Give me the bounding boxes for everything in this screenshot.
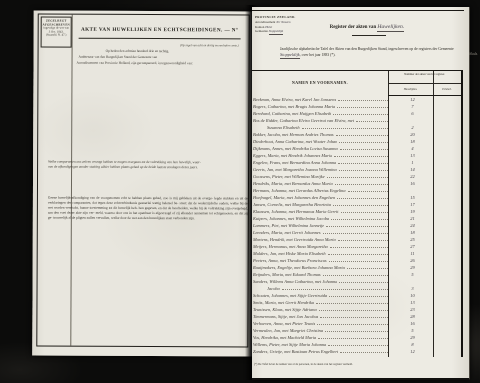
scanned-document: ZEGELREGT AFGESCHREVEN ingevolge de wet …	[0, 0, 480, 383]
dotted-leader	[326, 226, 388, 227]
right-page: PROVINCIE ZEELAND. Arrondissement Ter Ne…	[252, 7, 470, 380]
dotted-leader	[317, 324, 388, 325]
top-rule	[252, 10, 464, 11]
table-row: Willems, Pieter, met Sijtje Maria Johann…	[252, 341, 461, 348]
dotted-leader	[338, 163, 388, 164]
table-row: Eggers, Maria, met Hendrik Johannes Mari…	[252, 152, 461, 159]
row-number-marriages: 12	[390, 349, 435, 355]
table-row: Bernhard, Catharina, met Huijgen Elisabe…	[252, 110, 461, 117]
dotted-leader	[356, 121, 388, 122]
table-row: Lammers, Piet, met Wilhelmina Jannetje24	[252, 222, 461, 229]
table-row: Dijkmans, Annes, met Hendrika Lovisa Sus…	[252, 145, 461, 152]
table-row: Bos de Ridder, Catharina Elvira Geertrui…	[252, 117, 461, 124]
margin-rule	[70, 15, 72, 346]
table-rows: Beekman, Anna Elvira, met Karel Jan Jans…	[252, 96, 461, 355]
dotted-leader	[341, 212, 389, 213]
dotted-leader	[340, 352, 388, 353]
dotted-leader	[327, 177, 388, 178]
dotted-leader	[325, 331, 388, 332]
dotted-leader	[334, 156, 388, 157]
table-row: Engelen, Frans, met Bernardina Anna Joha…	[252, 159, 461, 166]
printed-paragraph: Geene huwelijksafkondiging van de voorge…	[48, 196, 248, 222]
register-title-rule	[352, 35, 386, 36]
dotted-leader	[330, 247, 388, 248]
row-name: Zanders, Grietje, met Bastiaan Petrus En…	[252, 349, 338, 355]
register-title-handwritten: Huwelijken.	[377, 24, 404, 32]
paragraph-line: trouwelijk al de pligten zullen vervulle…	[53, 216, 195, 221]
kanton-value: Hulst	[265, 25, 272, 29]
table-row: Verhoeven, Anna, met Pieter Teunis16	[252, 320, 461, 327]
table-row: Bogers, Catharina, met Brugts Johanna Ma…	[252, 103, 461, 110]
col-b-header: Echtsch.	[433, 84, 461, 96]
table-row: Hermans, Johanna, met Gerardus Albertus …	[252, 187, 461, 194]
intro-paragraph: Jaarlijksche alphabetische Tafel der Akt…	[280, 47, 458, 59]
page-edge-label: blads.	[469, 52, 478, 56]
table-row: Raaijmakers, Engeltje, met Barbara Johan…	[252, 264, 461, 271]
left-page: ZEGELREGT AFGESCHREVEN ingevolge de wet …	[32, 11, 255, 357]
dotted-leader	[336, 135, 388, 136]
table-row: Kuipers, Johannes, met Wilhelmina Jacoba…	[252, 215, 461, 222]
kanton-label: Kanton	[255, 25, 264, 29]
intro-gemeente-value: Stoppeldijk	[280, 52, 300, 59]
table-row: Schouten, Johannes, met Sijtje Geertruid…	[252, 292, 461, 299]
dotted-leader	[335, 184, 388, 185]
dotted-leader	[333, 205, 388, 206]
dotted-leader	[338, 240, 388, 241]
gemeente-line: Gemeente Stoppeldijk	[255, 29, 296, 34]
dotted-leader	[329, 261, 388, 262]
dotted-leader	[337, 198, 388, 199]
clause-text: Welke comparanten ons zelven verzogt heb…	[48, 160, 246, 170]
form-line: Arrondissement van Provincie Holland, zi…	[77, 61, 193, 66]
stamp-duty-note: (Op zegel van acht en dertig en een halv…	[180, 43, 239, 47]
dotted-leader	[320, 317, 388, 318]
table-row: Jansen, Cornelis, met Margaretha Henriet…	[252, 201, 461, 208]
register-title-printed: Register der akten van	[330, 25, 376, 30]
table-row: Jacoba3	[252, 285, 461, 292]
paragraph-line: Geene huwelijksafkondiging van de voorge…	[48, 196, 213, 201]
index-table: NAMEN EN VOORNAMEN. Nummer der akten van…	[252, 70, 463, 357]
table-row: Peeters, Anna, met Theodorus Franciscus2…	[252, 257, 461, 264]
table-row: Diederhout, Anna Catharina, met Wouter J…	[252, 138, 461, 145]
dotted-leader	[331, 219, 388, 220]
form-line: Op heden den achttien honderd drie en ta…	[106, 49, 169, 53]
dotted-leader	[323, 233, 388, 234]
table-row: Leenders, Maria, met Gerrit Johannes18	[252, 229, 461, 236]
dotted-leader	[339, 170, 388, 171]
intro-line: , over het	[300, 53, 314, 57]
dotted-leader	[347, 268, 388, 269]
stamp-line: (Staatsbl. N. 47.)	[42, 34, 71, 38]
table-row: Meijers, Hermanus, met Anna Margaretha27	[252, 243, 461, 250]
stamp-box: ZEGELREGT AFGESCHREVEN ingevolge de wet …	[41, 17, 72, 48]
table-row: Vermeulen, Jan, met Margriet Christina5	[252, 327, 461, 334]
dotted-leader	[282, 289, 388, 290]
table-row: Vos, Hendrika, met Machteld Maria29	[252, 334, 461, 341]
dotted-leader	[333, 114, 388, 115]
table-row: Martens, Hendrik, met Geertruida Anna Ma…	[252, 236, 461, 243]
footnote: (*) De Tafel bevat de namen van al de pe…	[254, 362, 353, 366]
table-row: Goossens, Pieter, met Willemina Marijke2…	[252, 173, 461, 180]
dotted-leader	[340, 149, 388, 150]
table-row: Hoefnagel, Maria, met Johannes den Engel…	[252, 194, 461, 201]
dotted-leader	[328, 254, 388, 255]
act-title: AKTE VAN HUWELIJKEN EN ECHTSCHEIDINGEN. …	[75, 27, 245, 34]
table-row: Timmermans, Sijtje, met Jan Jacobus28	[252, 313, 461, 320]
gemeente-value: Stoppeldijk	[269, 29, 283, 35]
intro-year-line: jaar 1883 (*).	[315, 53, 336, 57]
table-row: Bakker, Jacoba, met Herman Andries Thoma…	[252, 131, 461, 138]
table-row: Geerts, Jan, met Margaretha Joanna Wille…	[252, 166, 461, 173]
intro-line: ingeschreven op de registers der Gemeent…	[388, 47, 453, 51]
dotted-leader	[339, 142, 388, 143]
dotted-leader	[339, 282, 388, 283]
dotted-leader	[348, 191, 388, 192]
table-row: Zanders, Grietje, met Bastiaan Petrus En…	[252, 348, 461, 355]
dotted-leader	[319, 310, 388, 311]
dotted-leader	[302, 128, 388, 129]
dotted-leader	[337, 107, 388, 108]
arrondissement-label: Arrondissement	[255, 20, 275, 24]
col-a-header: Huwelijken.	[388, 84, 433, 96]
table-row: Beekman, Anna Elvira, met Karel Jan Jans…	[252, 96, 461, 103]
table-row: Reijnders, Maria, met Eduard Thomas5	[252, 271, 461, 278]
dotted-leader	[316, 303, 388, 304]
register-title: Register der akten van Huwelijken.	[302, 24, 432, 30]
table-row: Mulders, Jan, met Hiske Maria Elisabeth1…	[252, 250, 461, 257]
dotted-leader	[329, 296, 388, 297]
dotted-leader	[328, 345, 388, 346]
dotted-leader	[338, 100, 388, 101]
names-column-header: NAMEN EN VOORNAMEN.	[252, 71, 388, 96]
province-block: PROVINCIE ZEELAND. Arrondissement Ter Ne…	[255, 15, 296, 34]
numbers-column-header: Nummer der akten van het register.	[388, 71, 461, 84]
dotted-leader	[318, 338, 388, 339]
arrondissement-value: Ter Neuzen	[276, 20, 290, 24]
form-line: Ambtenaar van den Burgerlijken Stand der…	[79, 55, 158, 59]
table-row: Sanders, Willems Anna Catharina, met Joh…	[252, 278, 461, 285]
left-page-frame: ZEGELREGT AFGESCHREVEN ingevolge de wet …	[36, 14, 249, 348]
intro-line: Jaarlijksche alphabetische Tafel der Akt…	[280, 47, 387, 51]
clause-line: van de afkondigingen zonder stuiting alh…	[48, 164, 246, 169]
title-rule	[79, 38, 241, 40]
table-row: Hendriks, Maria, met Bernardus Anna Mari…	[252, 180, 461, 187]
table-row: Teunissen, Klaas, met Sijtje Adriana23	[252, 306, 461, 313]
table-row: Smits, Maria, met Gerrit Hendrika13	[252, 299, 461, 306]
table-row: Klaassen, Johanna, met Hermanus Maria Ge…	[252, 208, 461, 215]
dotted-leader	[323, 275, 388, 276]
gemeente-label: Gemeente	[255, 29, 268, 33]
table-row: Susanna Elisabeth2	[252, 124, 461, 131]
